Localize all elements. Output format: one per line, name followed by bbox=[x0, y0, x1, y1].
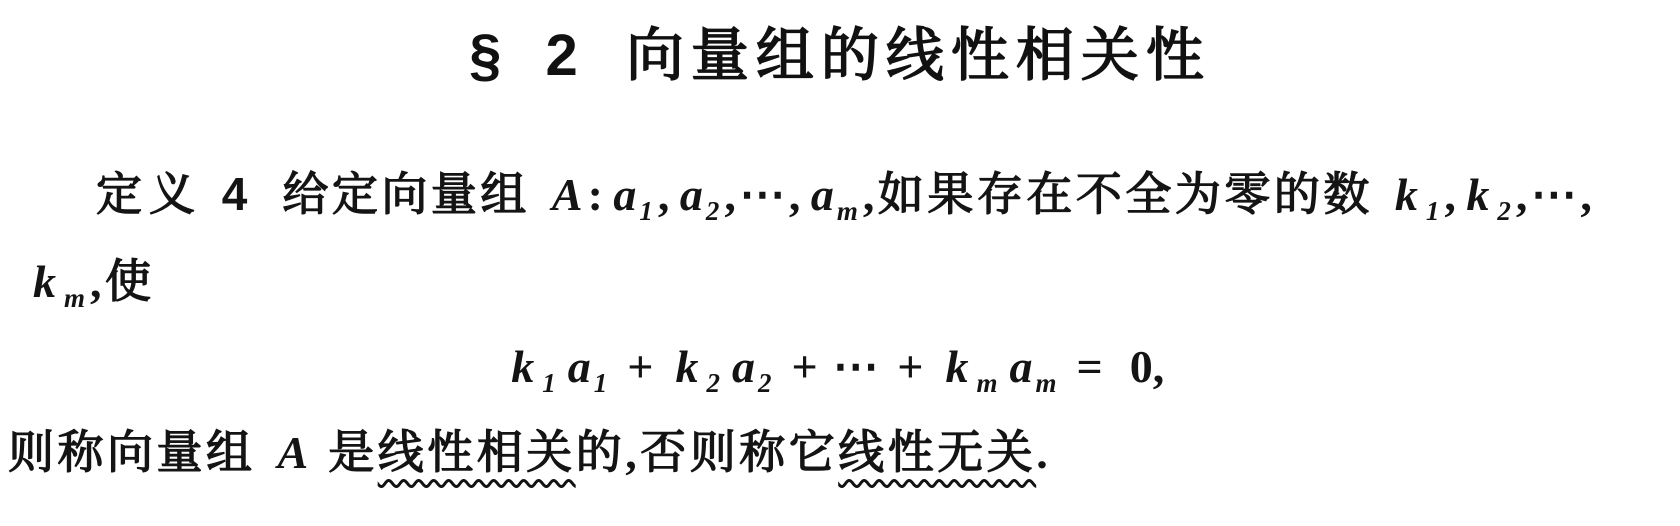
section-title: 向量组的线性相关性 bbox=[626, 23, 1211, 88]
token-text: 是 bbox=[313, 427, 378, 478]
definition-paragraph-line-2: km,使 bbox=[0, 253, 1680, 316]
token-text: 给定向量组 bbox=[282, 169, 545, 220]
token-var: k bbox=[511, 341, 534, 392]
definition-paragraph-line-1: 定义 4给定向量组 A:a1,a2,⋯,am,如果存在不全为零的数 k1,k2,… bbox=[0, 166, 1680, 229]
token-sub: m bbox=[976, 368, 997, 398]
zero-vector: 0 bbox=[1130, 341, 1153, 392]
token-text: . bbox=[1036, 427, 1051, 478]
token-text: : bbox=[588, 169, 607, 220]
token-text: , bbox=[1153, 341, 1168, 392]
token-sub: m bbox=[837, 196, 858, 226]
textbook-page: § 2向量组的线性相关性 定义 4给定向量组 A:a1,a2,⋯,am,如果存在… bbox=[0, 0, 1680, 526]
token-sub: m bbox=[64, 283, 85, 313]
token-vec: a bbox=[568, 341, 591, 392]
term-linearly-dependent: 线性相关 bbox=[378, 427, 576, 478]
section-heading: § 2向量组的线性相关性 bbox=[0, 24, 1680, 88]
token-var: k bbox=[1395, 169, 1418, 220]
token-var: A bbox=[552, 169, 583, 220]
token-var: k bbox=[1466, 169, 1489, 220]
token-var: k bbox=[33, 256, 56, 307]
token-vec: a bbox=[1009, 341, 1032, 392]
conclusion-line: 则称向量组 A 是线性相关的,否则称它线性无关. bbox=[0, 424, 1680, 482]
token-vec: a bbox=[811, 169, 834, 220]
token-var: k bbox=[945, 341, 968, 392]
display-formula: k1a1+k2a2+⋯+kmam=0, bbox=[0, 338, 1680, 401]
token-sub: 2 bbox=[707, 368, 721, 398]
token-sub: 2 bbox=[1497, 196, 1511, 226]
token-op: + bbox=[897, 341, 923, 392]
token-op: = bbox=[1076, 341, 1102, 392]
token-op: + bbox=[792, 341, 818, 392]
token-sub: 1 bbox=[542, 368, 556, 398]
token-text: ,⋯, bbox=[724, 169, 804, 220]
token-sub: m bbox=[1035, 368, 1056, 398]
token-text: 则称向量组 bbox=[8, 427, 271, 478]
token-text: ,⋯, bbox=[1516, 169, 1596, 220]
token-op: + bbox=[627, 341, 653, 392]
token-sub: 1 bbox=[594, 368, 608, 398]
token-text: ⋯ bbox=[833, 341, 883, 392]
token-vec: a bbox=[613, 169, 636, 220]
token-text: ,使 bbox=[90, 256, 155, 307]
token-sub: 2 bbox=[706, 196, 720, 226]
token-vec: a bbox=[732, 341, 755, 392]
token-text: 的,否则称它 bbox=[576, 427, 839, 478]
token-sub: 1 bbox=[1426, 196, 1440, 226]
section-number: § 2 bbox=[469, 23, 592, 88]
token-sub: 1 bbox=[639, 196, 653, 226]
token-text: , bbox=[658, 169, 673, 220]
term-linearly-independent: 线性无关 bbox=[838, 427, 1036, 478]
token-vec: a bbox=[680, 169, 703, 220]
token-var: k bbox=[676, 341, 699, 392]
token-var: A bbox=[278, 427, 309, 478]
token-sub: 2 bbox=[758, 368, 772, 398]
definition-label: 定义 4 bbox=[96, 168, 254, 220]
token-text: ,如果存在不全为零的数 bbox=[863, 169, 1388, 220]
token-text: , bbox=[1444, 169, 1459, 220]
